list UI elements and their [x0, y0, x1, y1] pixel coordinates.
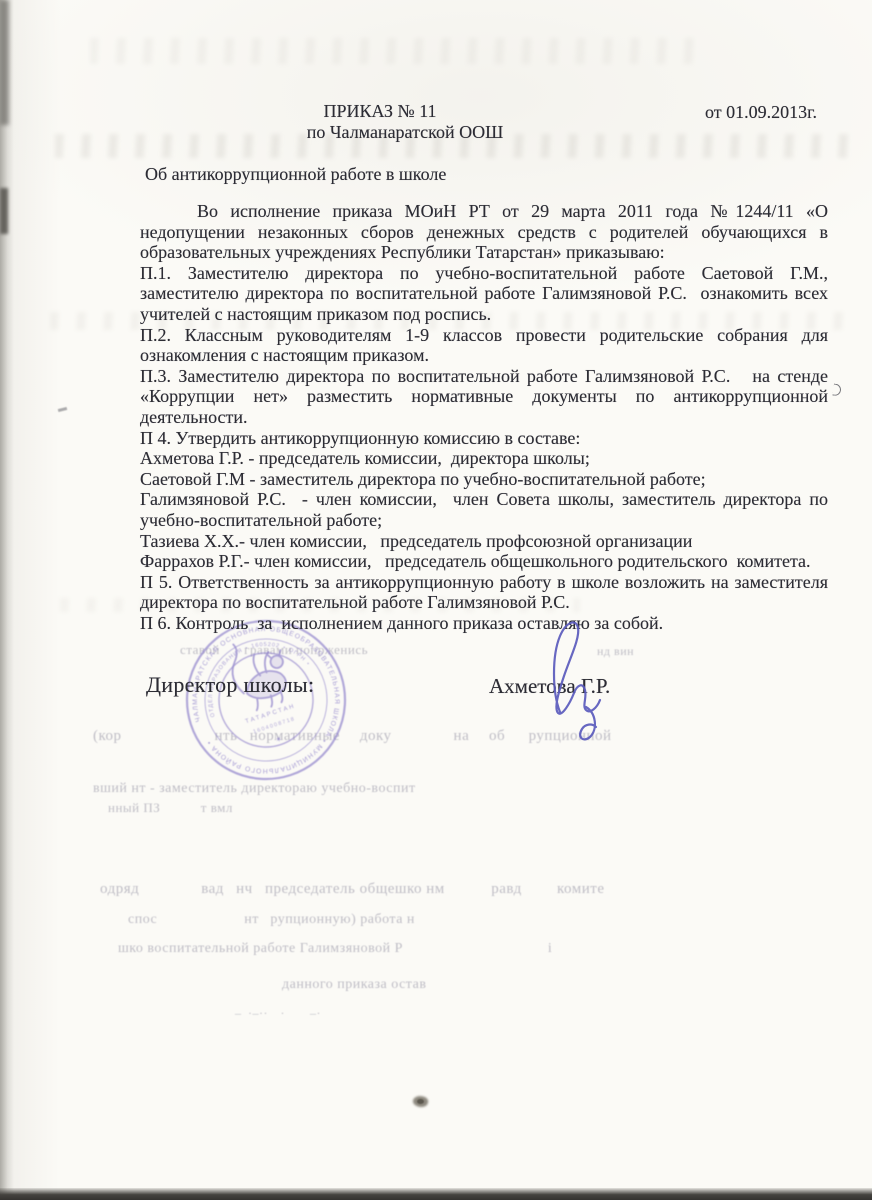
- order-body-line: П 4. Утвердить антикоррупционную комисси…: [140, 428, 828, 449]
- order-body-line: Саетовой Г.М - заместитель директора по …: [140, 469, 828, 490]
- bleedthrough-line: данного приказа остав: [282, 978, 426, 992]
- order-body-line: П.1. Заместителю директора по учебно-вос…: [140, 263, 828, 284]
- order-body-line: Во исполнение приказа МОиН РТ от 29 март…: [140, 201, 828, 222]
- order-body-line: Галимзяновой Р.С. - член комиссии, член …: [140, 489, 828, 510]
- bleedthrough-line: – ·–·· · –·: [235, 1007, 321, 1019]
- order-body-line: «Коррупции нет» разместить нормативные д…: [140, 386, 828, 407]
- scanned-order-page: ставой гравами попрженисьнд вин(кор нть …: [0, 0, 872, 1200]
- ink-smudge: [417, 1099, 424, 1104]
- director-signature-ink: [535, 610, 625, 760]
- order-body-line: учителей с настоящим приказом под роспис…: [140, 304, 828, 325]
- signature-label: Директор школы:: [146, 672, 314, 698]
- order-body-line: Фаррахов Р.Г.- член комиссии, председате…: [140, 551, 828, 572]
- scan-edge-left: [0, 0, 14, 1200]
- order-body-line: П.3. Заместителю директора по воспитател…: [140, 366, 828, 387]
- order-body-line: П 5. Ответственность за антикоррупционну…: [140, 572, 828, 593]
- order-body-line: учебно-воспитательной работе;: [140, 510, 828, 531]
- bleedthrough-line: спос нт рупционную) работа н: [128, 913, 415, 927]
- stamp-star-glyph: ✶: [274, 734, 283, 745]
- stamp-ring-text: ЧАЛМАНАРАТСКАЯ ОСНОВНАЯ ОБЩЕОБРАЗОВАТЕЛЬ…: [176, 610, 359, 793]
- svg-text:ЧАЛМАНАРАТСКАЯ ОСНОВНАЯ ОБЩЕОБ: ЧАЛМАНАРАТСКАЯ ОСНОВНАЯ ОБЩЕОБРАЗОВАТЕЛЬ…: [176, 610, 359, 793]
- order-body-line: недопущении незаконных сборов денежных с…: [140, 222, 828, 243]
- order-issuer: по Чалманаратской ООШ: [240, 122, 570, 143]
- order-body-line: деятельности.: [140, 407, 828, 428]
- order-body-line: образовательных учреждениях Республики Т…: [140, 242, 828, 263]
- bleedthrough-line: шко воспитательной работе Галимзяновой Р…: [118, 942, 552, 956]
- order-body-line: Тазиева Х.Х.- член комиссии, председател…: [140, 531, 828, 552]
- order-subject: Об антикоррупционной работе в школе: [145, 164, 446, 185]
- order-body-line: П 6. Контроль за исполнением данного при…: [140, 613, 828, 634]
- bleedthrough-line: одряд вад нч председатель общешко нм рав…: [100, 882, 605, 897]
- order-body-line: ознакомления с настоящим приказом.: [140, 345, 828, 366]
- order-body-line: П.2. Классным руководителям 1-9 классов …: [140, 325, 828, 346]
- scan-edge-shadow: [0, 0, 9, 125]
- order-body-line: заместителю директора по воспитательной …: [140, 283, 828, 304]
- bleedthrough-line: нный ПЗ т вмл: [108, 801, 233, 814]
- order-title: ПРИКАЗ № 11: [240, 101, 520, 122]
- scan-edge-bottom: [0, 1188, 872, 1200]
- order-body: Во исполнение приказа МОиН РТ от 29 март…: [140, 201, 828, 633]
- order-date: от 01.09.2013г.: [705, 102, 865, 123]
- scan-edge-shadow: [0, 188, 8, 234]
- school-seal-stamp: ЧАЛМАНАРАТСКАЯ ОСНОВНАЯ ОБЩЕОБРАЗОВАТЕЛЬ…: [176, 610, 366, 800]
- order-body-line: Ахметова Г.Р. - председатель комиссии, д…: [140, 448, 828, 469]
- order-body-line: директора по воспитательной работе Галим…: [140, 592, 828, 613]
